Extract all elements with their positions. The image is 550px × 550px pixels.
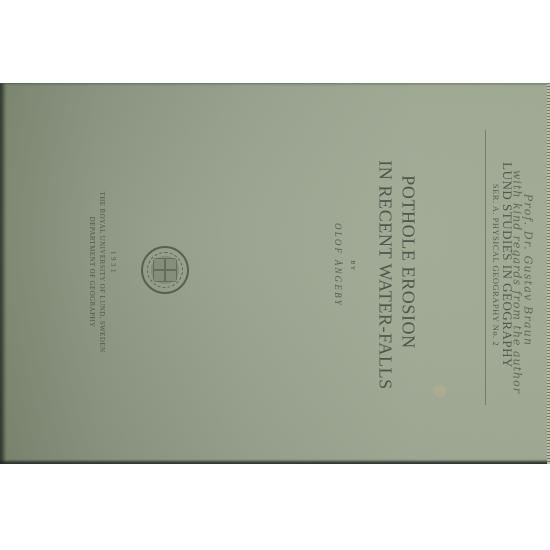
- series-title: LUND STUDIES IN GEOGRAPHY: [499, 162, 515, 368]
- publisher-department: DEPARTMENT OF GEOGRAPHY: [88, 217, 96, 328]
- by-label: BY: [349, 260, 355, 271]
- title-line-2: IN RECENT WATER-FALLS: [375, 160, 396, 390]
- series-subtitle: SER. A. PHYSICAL GEOGRAPHY No. 2: [491, 184, 501, 346]
- seal-emblem-icon: [153, 258, 177, 282]
- publisher-university: THE ROYAL UNIVERSITY OF LUND, SWEDEN: [98, 192, 106, 353]
- paper-stain: [433, 385, 447, 397]
- publication-year: 1931: [109, 251, 117, 275]
- author-name: OLOF ÅNGEBY: [333, 223, 343, 307]
- title-line-1: POTHOLE EROSION: [398, 175, 419, 349]
- book-cover: [0, 83, 550, 464]
- vertical-rule: [485, 130, 486, 405]
- university-seal-icon: [141, 246, 189, 294]
